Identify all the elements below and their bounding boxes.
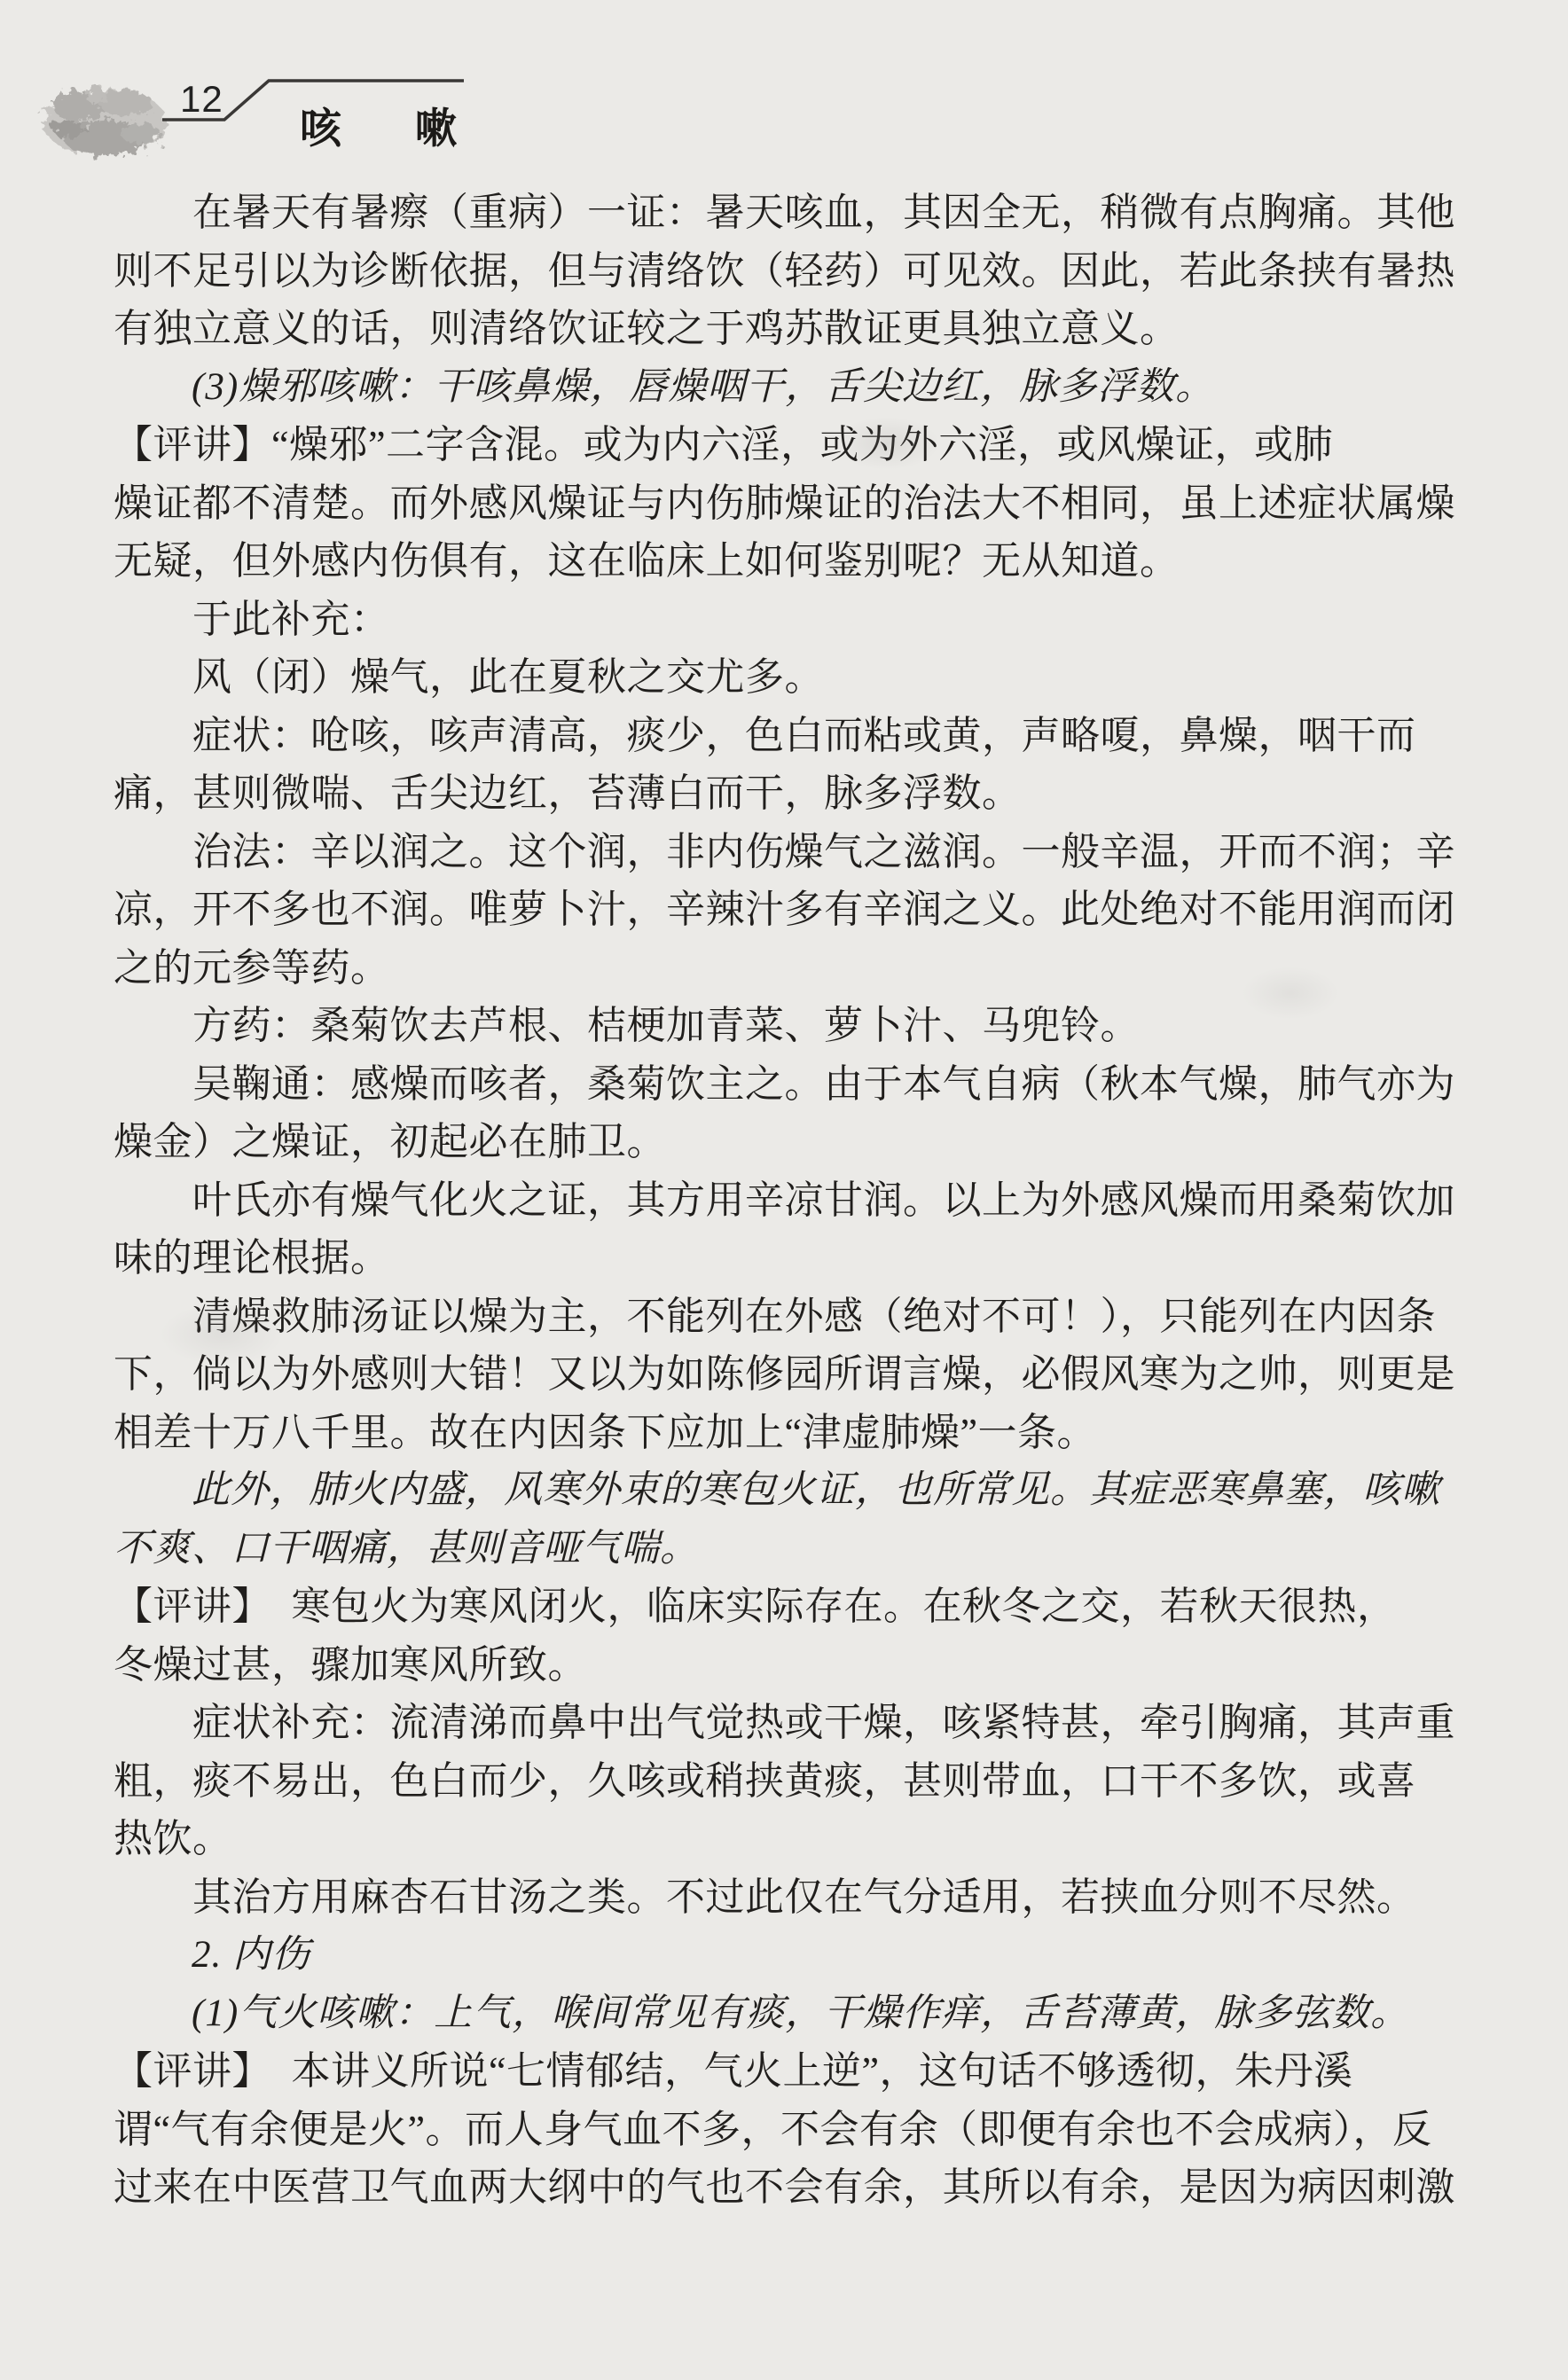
text-line: 有独立意义的话，则清络饮证较之于鸡苏散证更具独立意义。 <box>114 300 1457 358</box>
text-line: 痛，甚则微喘、舌尖边红，苔薄白而干，脉多浮数。 <box>114 764 1457 823</box>
chapter-title: 咳 嗽 <box>300 96 473 155</box>
text-line: 热饮。 <box>114 1810 1457 1868</box>
text-line: 谓“气有余便是火”。而人身气血不多，不会有余（即便有余也不会成病），反 <box>114 2101 1457 2159</box>
text-line: 冬燥过甚，骤加寒风所致。 <box>114 1636 1457 1695</box>
text-line: 方药：桑菊饮去芦根、桔梗加青菜、萝卜汁、马兜铃。 <box>114 997 1457 1055</box>
text-line: 在暑天有暑瘵（重病）一证：暑天咳血，其因全无，稍微有点胸痛。其他 <box>114 184 1457 242</box>
text-line: 则不足引以为诊断依据，但与清络饮（轻药）可见效。因此，若此条挟有暑热 <box>114 242 1457 301</box>
text-line: 之的元参等药。 <box>114 939 1457 998</box>
page-number: 12 <box>180 78 223 121</box>
text-line: 下，倘以为外感则大错！又以为如陈修园所谓言燥，必假风寒为之帅，则更是 <box>114 1345 1457 1404</box>
text-line: 凉，开不多也不润。唯萝卜汁，辛辣汁多有辛润之义。此处绝对不能用润而闭 <box>114 881 1457 939</box>
text-line: 燥证都不清楚。而外感风燥证与内伤肺燥证的治法大不相同，虽上述症状属燥 <box>114 474 1457 533</box>
text-line: 症状：呛咳，咳声清高，痰少，色白而粘或黄，声略嗄，鼻燥，咽干而 <box>114 707 1457 765</box>
text-line: 此外，肺火内盛，风寒外束的寒包火证，也所常见。其症恶寒鼻塞，咳嗽 <box>114 1461 1457 1520</box>
scanned-book-page: 12 咳 嗽 在暑天有暑瘵（重病）一证：暑天咳血，其因全无，稍微有点胸痛。其他则… <box>0 0 1568 2380</box>
text-line: 清燥救肺汤证以燥为主，不能列在外感（绝对不可！），只能列在内因条 <box>114 1288 1457 1346</box>
text-line: 相差十万八千里。故在内因条下应加上“津虚肺燥”一条。 <box>114 1404 1457 1462</box>
text-line: 于此补充： <box>114 591 1457 649</box>
text-line: 粗，痰不易出，色白而少，久咳或稍挟黄痰，甚则带血，口干不多饮，或喜 <box>114 1752 1457 1811</box>
text-line: 味的理论根据。 <box>114 1229 1457 1288</box>
text-line: 风（闭）燥气，此在夏秋之交尤多。 <box>114 648 1457 707</box>
text-line: 【评讲】“燥邪”二字含混。或为内六淫，或为外六淫，或风燥证，或肺 <box>114 416 1457 474</box>
text-line: (1)气火咳嗽：上气，喉间常见有痰，干燥作痒，舌苔薄黄，脉多弦数。 <box>114 1985 1457 2043</box>
text-line: 症状补充：流清涕而鼻中出气觉热或干燥，咳紧特甚，牵引胸痛，其声重 <box>114 1694 1457 1752</box>
body-text-block: 在暑天有暑瘵（重病）一证：暑天咳血，其因全无，稍微有点胸痛。其他则不足引以为诊断… <box>114 184 1457 2217</box>
text-line: 燥金）之燥证，初起必在肺卫。 <box>114 1113 1457 1171</box>
text-line: 不爽、口干咽痛，甚则音哑气喘。 <box>114 1520 1457 1578</box>
text-line: 2. 内伤 <box>114 1926 1457 1985</box>
text-line: 吴鞠通：感燥而咳者，桑菊饮主之。由于本气自病（秋本气燥，肺气亦为 <box>114 1055 1457 1114</box>
text-line: 【评讲】 寒包火为寒风闭火，临床实际存在。在秋冬之交，若秋天很热， <box>114 1578 1457 1636</box>
text-line: 【评讲】 本讲义所说“七情郁结，气火上逆”，这句话不够透彻，朱丹溪 <box>114 2042 1457 2101</box>
text-line: 过来在中医营卫气血两大纲中的气也不会有余，其所以有余，是因为病因刺激 <box>114 2158 1457 2217</box>
text-line: 治法：辛以润之。这个润，非内伤燥气之滋润。一般辛温，开而不润；辛 <box>114 823 1457 881</box>
text-line: 无疑，但外感内伤俱有，这在临床上如何鉴别呢？无从知道。 <box>114 532 1457 591</box>
text-line: 叶氏亦有燥气化火之证，其方用辛凉甘润。以上为外感风燥而用桑菊饮加 <box>114 1171 1457 1230</box>
text-line: 其治方用麻杏石甘汤之类。不过此仅在气分适用，若挟血分则不尽然。 <box>114 1868 1457 1927</box>
text-line: (3)燥邪咳嗽：干咳鼻燥，唇燥咽干，舌尖边红，脉多浮数。 <box>114 358 1457 417</box>
